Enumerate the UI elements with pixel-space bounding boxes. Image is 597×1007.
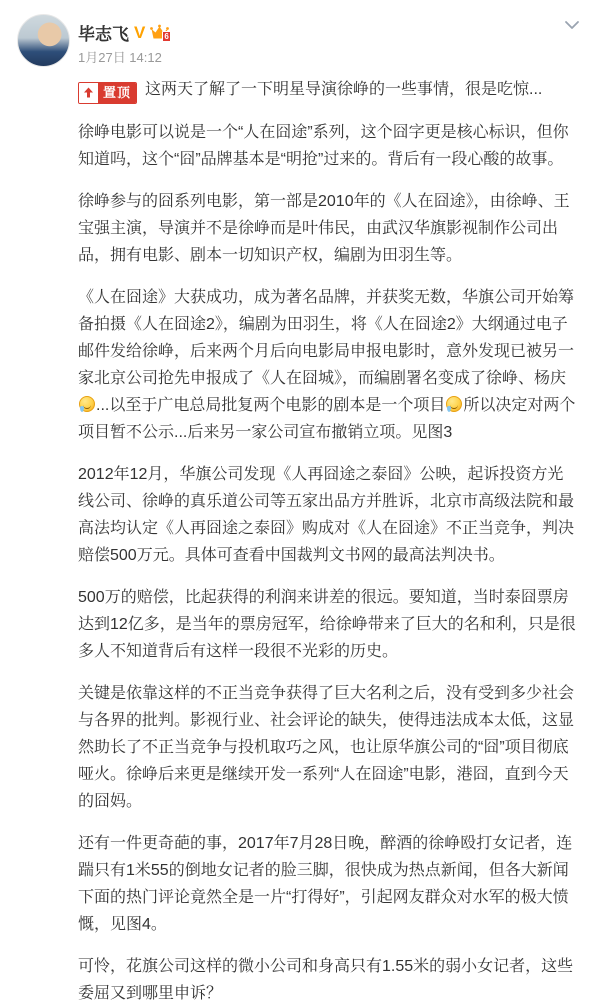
- post-paragraphs: 徐峥电影可以说是一个“人在囧途”系列，这个囧字更是核心标识，但你知道吗，这个“囧…: [78, 119, 577, 1007]
- post-paragraph: 徐峥参与的囧系列电影，第一部是2010年的《人在囧途》，由徐峥、王宝强主演，导演…: [78, 188, 577, 269]
- weibo-post: 毕志飞 V 6 1月27日 14:12 置顶 这两天了解了: [0, 0, 597, 899]
- lead-text: 这两天了解了一下明星导演徐峥的一些事情，很是吃惊...: [145, 81, 542, 98]
- verified-v-icon: V: [134, 24, 145, 41]
- lead-paragraph: 置顶 这两天了解了一下明星导演徐峥的一些事情，很是吃惊...: [78, 76, 577, 104]
- post-paragraph: 2012年12月，华旗公司发现《人再囧途之泰囧》公映，起诉投资方光线公司、徐峥的…: [78, 461, 577, 569]
- post-paragraph: 关键是依靠这样的不正当竞争获得了巨大名利之后，没有受到多少社会与各界的批判。影视…: [78, 680, 577, 815]
- post-paragraph: 还有一件更奇葩的事，2017年7月28日晚，醉酒的徐峥殴打女记者，连踹只有1米5…: [78, 830, 577, 938]
- post-paragraph: 《人在囧途》大获成功，成为著名品牌，并获奖无数，华旗公司开始筹备拍摄《人在囧途2…: [78, 284, 577, 446]
- post-timestamp: 1月27日 14:12: [78, 47, 162, 66]
- chevron-down-icon[interactable]: [563, 16, 581, 34]
- post-paragraph: 可怜，花旗公司这样的微小公司和身高只有1.55米的弱小女记者，这些委屈又到哪里申…: [78, 953, 577, 1007]
- author-name[interactable]: 毕志飞: [78, 20, 129, 45]
- post-paragraph: 徐峥电影可以说是一个“人在囧途”系列，这个囧字更是核心标识，但你知道吗，这个“囧…: [78, 119, 577, 173]
- tear-emoji: [79, 396, 95, 412]
- pin-badge: 置顶: [78, 82, 137, 104]
- post-body: 置顶 这两天了解了一下明星导演徐峥的一些事情，很是吃惊... 徐峥电影可以说是一…: [78, 76, 577, 1007]
- pin-badge-label: 置顶: [98, 83, 136, 103]
- vip-level-badge: 6: [162, 31, 171, 42]
- post-paragraph: 500万的赔偿，比起获得的利润来讲差的很远。要知道，当时泰囧票房达到12亿多，是…: [78, 584, 577, 665]
- vip-crown-icon: 6: [150, 24, 169, 41]
- tear-emoji: [446, 396, 462, 412]
- pin-arrow-icon: [79, 83, 98, 103]
- author-line: 毕志飞 V 6: [78, 21, 169, 43]
- avatar[interactable]: [17, 14, 70, 67]
